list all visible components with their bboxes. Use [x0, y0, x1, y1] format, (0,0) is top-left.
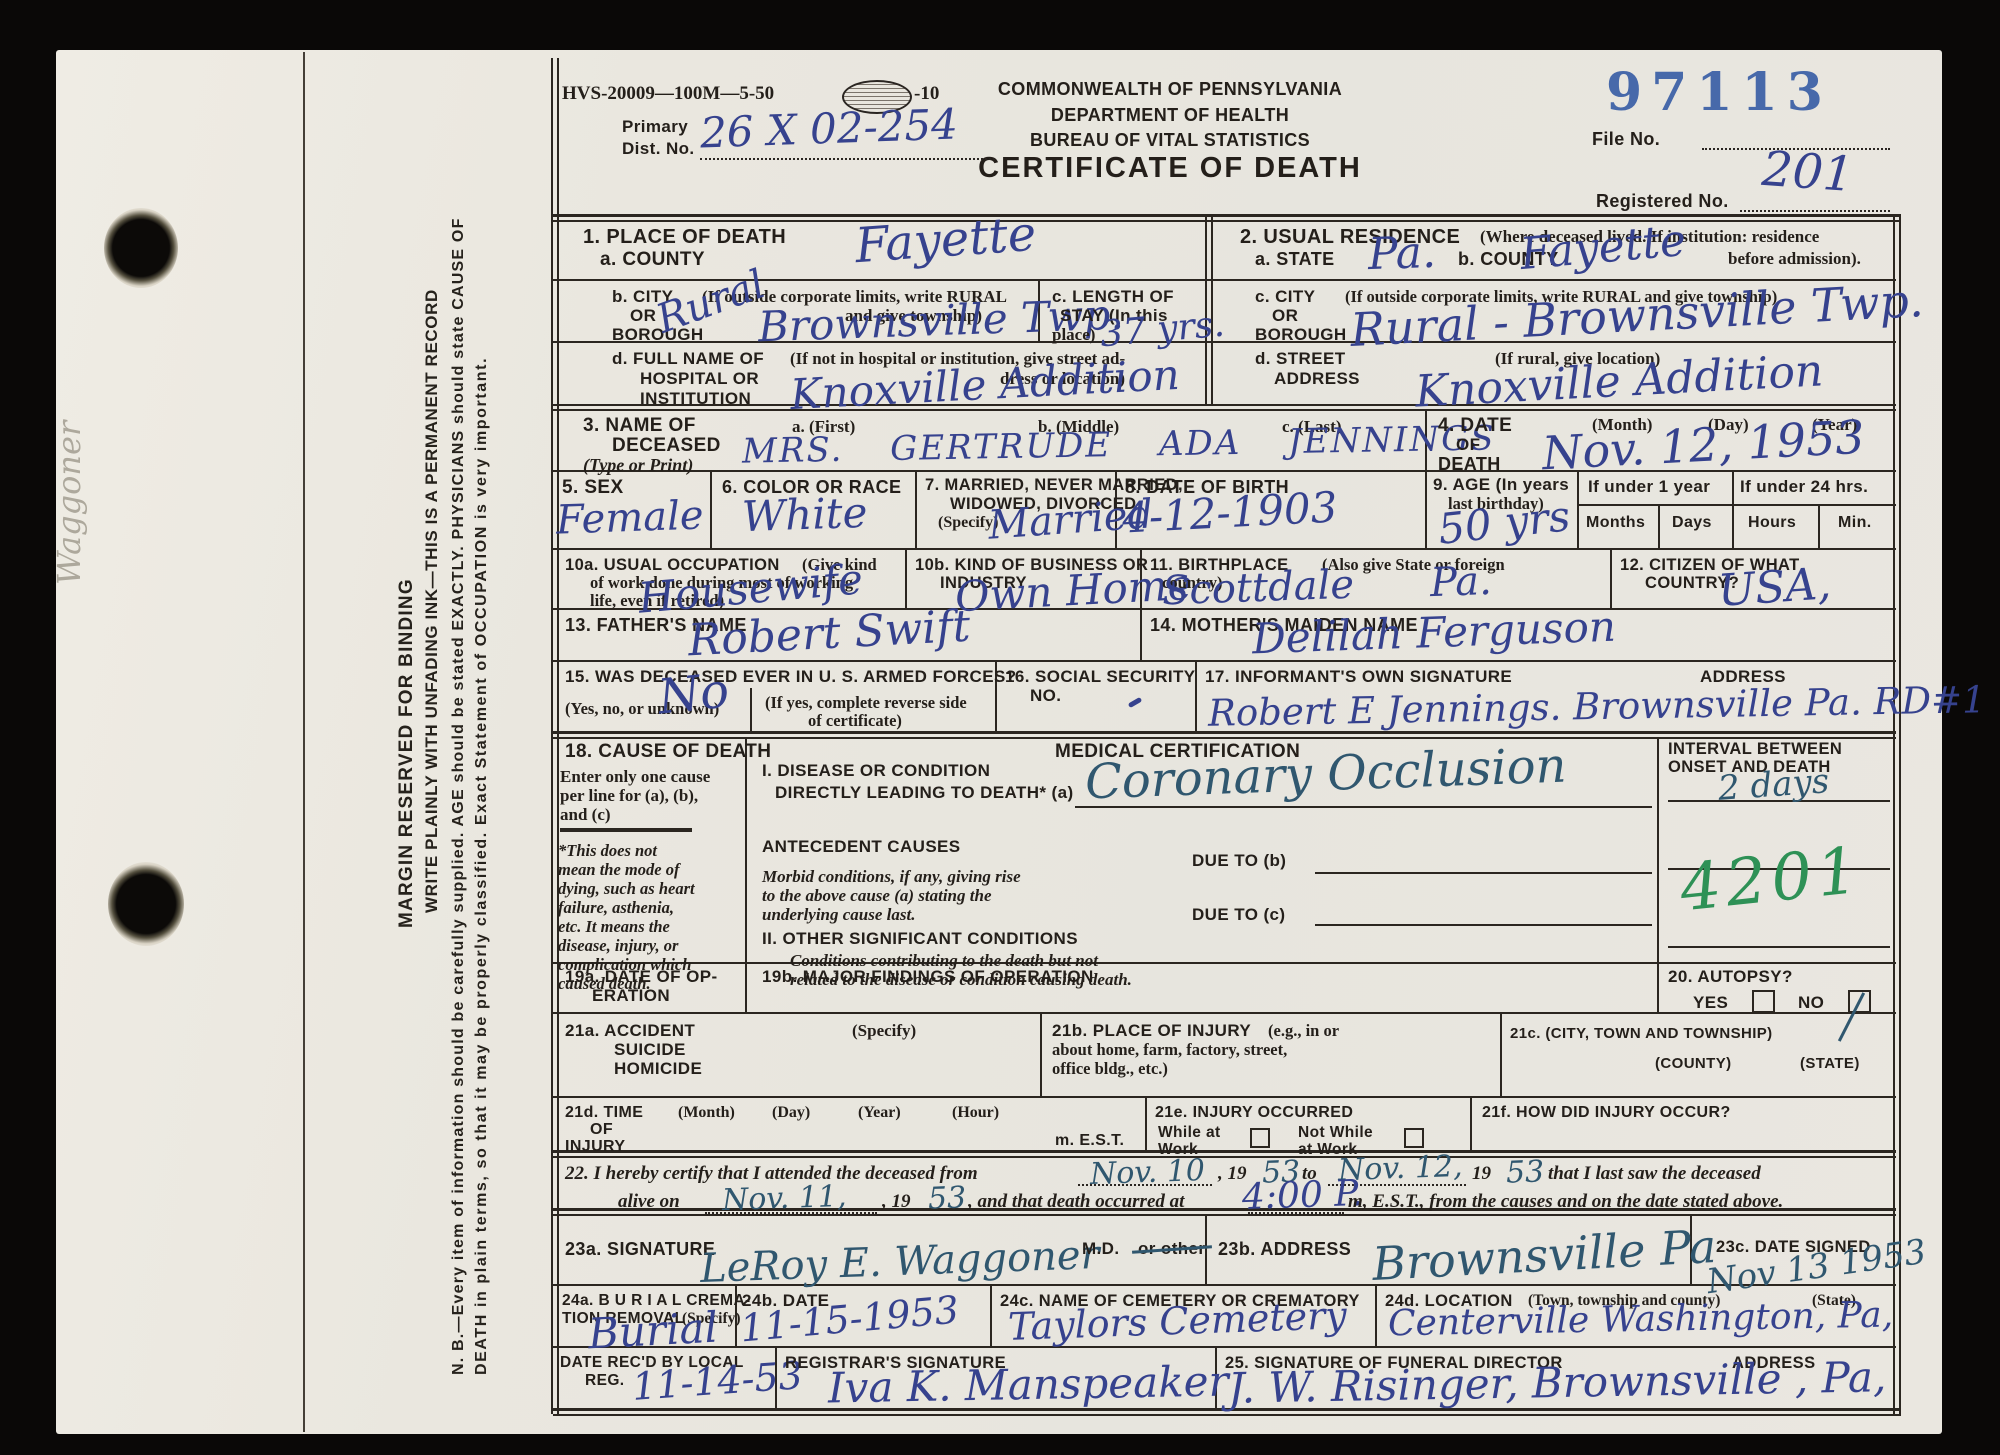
s22-from-date-value: Nov. 10 — [1090, 1156, 1206, 1190]
s9-under-24h-label: If under 24 hrs. — [1740, 478, 1868, 497]
s21a-label-2: SUICIDE — [614, 1041, 686, 1060]
file-number-stamp: 97113 — [1606, 62, 1832, 123]
s19a-label-2: ERATION — [592, 987, 670, 1006]
s18-title: 18. CAUSE OF DEATH — [565, 742, 771, 763]
s9-min-label: Min. — [1838, 514, 1872, 532]
s18-interval-label-1: INTERVAL BETWEEN — [1668, 740, 1842, 758]
s21d-label-2: OF — [590, 1121, 613, 1139]
s21d-est-label: m. E.S.T. — [1055, 1132, 1124, 1150]
s22-text-8: , and that death occurred at — [968, 1192, 1184, 1213]
s21f-label: 21f. HOW DID INJURY OCCUR? — [1482, 1104, 1731, 1122]
pencil-note: Waggoner — [50, 375, 88, 585]
primary-dist-label-2: Dist. No. — [622, 140, 695, 159]
margin-nb-text-2: DEATH in plain terms, so that it may be … — [473, 95, 491, 1375]
s18-star-note-line: disease, injury, or — [558, 937, 678, 955]
s21b-note-3: office bldg., etc.) — [1052, 1060, 1168, 1078]
registered-no-value: 201 — [1760, 145, 1855, 199]
s18-star-note-line: *This does not — [558, 842, 657, 860]
s18-due-to-b-label: DUE TO (b) — [1192, 852, 1286, 871]
primary-dist-label-1: Primary — [622, 118, 688, 137]
s18-other-conditions-label: II. OTHER SIGNIFICANT CONDITIONS — [762, 930, 1078, 949]
s4-label-3: DEATH — [1438, 455, 1501, 475]
s3-label-1: 3. NAME OF — [583, 416, 696, 437]
s24d-location-value: Centerville Washington, Pa, — [1388, 1298, 1894, 1343]
s20-yes-label: YES — [1693, 994, 1728, 1013]
s1-stay-label-1: c. LENGTH OF — [1052, 288, 1174, 307]
s15-armed-forces-value: No — [656, 666, 732, 721]
s15-note-2: (If yes, complete reverse side — [765, 694, 967, 712]
s18-star-note-line: dying, such as heart — [558, 880, 695, 898]
s2-state-value: Pa. — [1367, 231, 1436, 277]
s18-enter-note-1: Enter only one cause — [560, 768, 710, 787]
s3-label-2: DECEASED — [612, 436, 721, 457]
header-bureau: BUREAU OF VITAL STATISTICS — [950, 131, 1390, 151]
s18-interval-value: 2 days — [1717, 764, 1830, 806]
s21e-while-label-1: While at — [1158, 1124, 1221, 1141]
s4-label-1: 4. DATE — [1438, 416, 1512, 437]
s15-note-3: of certificate) — [808, 712, 902, 730]
margin-binding-text: MARGIN RESERVED FOR BINDING — [396, 588, 418, 928]
s16-label-2: NO. — [1030, 687, 1061, 706]
s14-mother-value: Delilah Ferguson — [1251, 606, 1616, 661]
s18-morbid-note-3: underlying cause last. — [762, 906, 916, 925]
margin-nb-text-1: N. B.—Every item of information should b… — [450, 95, 468, 1375]
s23b-label: 23b. ADDRESS — [1218, 1240, 1351, 1260]
s21d-day-label: (Day) — [772, 1104, 810, 1122]
s18-morbid-note-1: Morbid conditions, if any, giving rise — [762, 868, 1021, 887]
s18-star-note-line: mean the mode of — [558, 861, 679, 879]
s21d-label-1: 21d. TIME — [565, 1104, 643, 1122]
s21d-year-label: (Year) — [858, 1104, 901, 1122]
s8-dob-value: 4-12-1903 — [1121, 486, 1338, 539]
s22-text-6: alive on — [618, 1192, 680, 1213]
header-department: DEPARTMENT OF HEALTH — [950, 106, 1390, 126]
s21d-month-label: (Month) — [678, 1104, 735, 1122]
s6-race-value: White — [741, 492, 868, 538]
s18-disease-label-1: I. DISEASE OR CONDITION — [762, 762, 990, 781]
s24a-burial-value: Burial — [587, 1307, 719, 1356]
s18-disease-label-2: DIRECTLY LEADING TO DEATH* (a) — [775, 784, 1074, 803]
s1-county-value: Fayette — [854, 210, 1038, 271]
s21a-specify-note: (Specify) — [852, 1022, 916, 1041]
s21c-state-label: (STATE) — [1800, 1056, 1860, 1073]
s21b-note-1: (e.g., in or — [1268, 1022, 1339, 1040]
s21e-notwhile-label-1: Not While — [1298, 1124, 1373, 1141]
s22-text-7: , 19 — [882, 1192, 911, 1213]
s1-hospital-label-3: INSTITUTION — [640, 390, 751, 409]
s25-date-recd-label-2: REG. — [585, 1372, 625, 1389]
s20-autopsy-label: 20. AUTOPSY? — [1668, 968, 1793, 987]
form-number: HVS-20009—100M—5-50 — [562, 84, 774, 105]
s21d-hour-label: (Hour) — [952, 1104, 999, 1122]
s22-text-5: that I last saw the deceased — [1548, 1164, 1761, 1185]
s1-stay-label-3: place) — [1052, 326, 1095, 345]
s21a-label-3: HOMICIDE — [614, 1060, 702, 1079]
s18-star-note-line: etc. It means the — [558, 918, 670, 936]
s12-citizen-value: USA, — [1717, 562, 1833, 614]
s3-label-3: (Type or Print) — [583, 456, 693, 476]
injury-not-while-at-work-checkbox — [1404, 1128, 1424, 1148]
s16-label-1: 16. SOCIAL SECURITY — [1005, 668, 1196, 687]
s18-enter-note-2: per line for (a), (b), — [560, 787, 698, 806]
s22-to-year-value: 53 — [1505, 1157, 1544, 1188]
s9-label-1: 9. AGE (In years — [1433, 476, 1569, 495]
s2-city-borough-label: BOROUGH — [1255, 326, 1347, 345]
s1-hospital-label-1: d. FULL NAME OF — [612, 350, 764, 369]
s9-under-1yr-label: If under 1 year — [1588, 478, 1710, 497]
death-certificate-scan: { "margin": { "binding": "MARGIN RESERVE… — [0, 0, 2000, 1455]
s21c-county-label: (COUNTY) — [1655, 1056, 1732, 1073]
header-commonwealth: COMMONWEALTH OF PENNSYLVANIA — [950, 80, 1390, 100]
s5-sex-value: Female — [555, 495, 704, 540]
s2-city-or-label: OR — [1272, 307, 1298, 326]
punch-hole-bottom — [108, 862, 184, 946]
s23-md-label: M.D. — [1082, 1240, 1119, 1259]
s17-label: 17. INFORMANT'S OWN SIGNATURE — [1205, 668, 1512, 687]
s2-title-note-2: before admission). — [1728, 250, 1861, 269]
injury-while-at-work-checkbox — [1250, 1128, 1270, 1148]
punch-hole-top — [104, 208, 178, 288]
s9-days-label: Days — [1672, 514, 1712, 532]
s2-city-label: c. CITY — [1255, 288, 1315, 307]
s21e-label: 21e. INJURY OCCURRED — [1155, 1104, 1353, 1122]
file-no-label: File No. — [1592, 130, 1660, 150]
s18-antecedent-label: ANTECEDENT CAUSES — [762, 838, 961, 857]
margin-rule — [303, 52, 305, 1432]
margin-write-plainly-text: WRITE PLAINLY WITH UNFADING INK—THIS IS … — [422, 328, 442, 913]
s25-registrar-value: Iva K. Manspeaker — [828, 1361, 1229, 1410]
s20-no-label: NO — [1798, 994, 1824, 1013]
s9-hours-label: Hours — [1748, 514, 1796, 532]
s18-star-note-line: failure, asthenia, — [558, 899, 674, 917]
s21b-note-2: about home, farm, factory, street, — [1052, 1041, 1287, 1059]
s18-code-value: 4201 — [1677, 839, 1866, 922]
s24c-cemetery-value: Taylors Cemetery — [1007, 1296, 1347, 1346]
s22-text-4: 19 — [1472, 1164, 1491, 1185]
s2-street-label-1: d. STREET — [1255, 350, 1346, 369]
s9-months-label: Months — [1586, 514, 1645, 532]
registered-no-label: Registered No. — [1596, 192, 1729, 212]
s2-state-label: a. STATE — [1255, 250, 1335, 270]
primary-dist-line — [700, 156, 995, 160]
s15-label: 15. WAS DECEASED EVER IN U. S. ARMED FOR… — [565, 668, 1016, 687]
s11-birthplace-value: Scottdale — [1161, 565, 1354, 612]
s4-label-2: OF — [1456, 436, 1480, 455]
registered-no-line — [1740, 208, 1890, 212]
s21b-label: 21b. PLACE OF INJURY — [1052, 1022, 1251, 1041]
s25-funeral-director-value: J. W. Risinger, Brownsville , Pa, — [1228, 1356, 1887, 1409]
s18-morbid-note-2: to the above cause (a) stating the — [762, 887, 991, 906]
s18-enter-note-3: and (c) — [560, 806, 611, 825]
s22-death-time-value: 4:00 P. — [1241, 1176, 1363, 1216]
s18-due-to-c-label: DUE TO (c) — [1192, 906, 1285, 925]
s23a-label: 23a. SIGNATURE — [565, 1240, 715, 1260]
s1-city-or-label: OR — [630, 307, 656, 326]
s22-alive-date-value: Nov. 11, — [722, 1182, 847, 1216]
s21a-label-1: 21a. ACCIDENT — [565, 1022, 695, 1041]
s11-birthplace-state-value: Pa. — [1429, 561, 1492, 603]
s22-alive-year-value: 53 — [927, 1183, 966, 1214]
primary-dist-value: 26 X 02-254 — [699, 104, 958, 155]
s19b-label: 19b. MAJOR FINDINGS OF OPERATION — [762, 968, 1094, 987]
s1-county-label: a. COUNTY — [600, 250, 705, 271]
s1-hospital-label-2: HOSPITAL OR — [640, 370, 759, 389]
s21c-label: 21c. (CITY, TOWN AND TOWNSHIP) — [1510, 1026, 1773, 1043]
s1-title: 1. PLACE OF DEATH — [583, 226, 786, 248]
s22-text-9: m, E.S.T., from the causes and on the da… — [1348, 1192, 1783, 1213]
autopsy-yes-checkbox — [1752, 990, 1775, 1013]
page-title: CERTIFICATE OF DEATH — [950, 153, 1390, 185]
s21d-label-3: INJURY — [565, 1138, 626, 1156]
s2-street-label-2: ADDRESS — [1274, 370, 1360, 389]
s25-date-recd-value: 11-14-53 — [631, 1356, 804, 1406]
s19a-label-1: 19a. DATE OF OP- — [565, 968, 718, 987]
